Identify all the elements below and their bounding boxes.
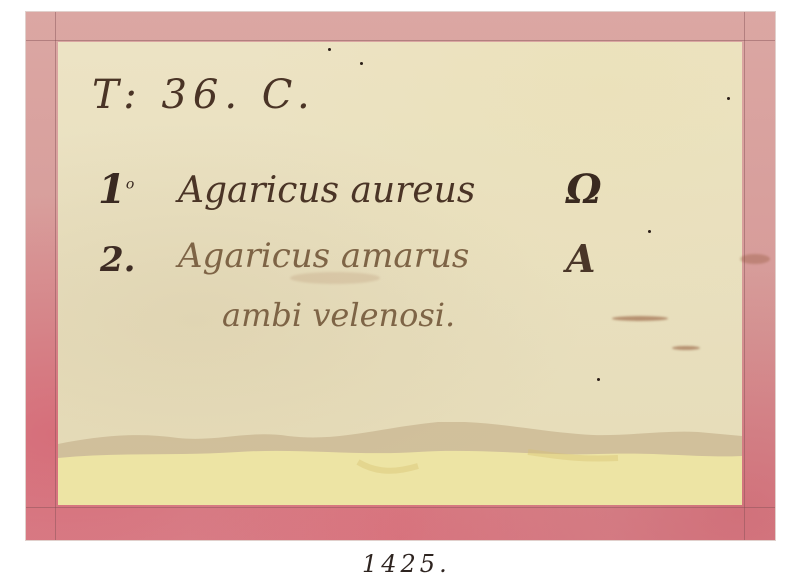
landscape-hills (58, 422, 742, 505)
border-rule-bottom (26, 507, 775, 508)
stain-mark (612, 316, 668, 321)
border-rule-top (26, 40, 775, 41)
ink-speck (727, 97, 730, 100)
ink-speck (648, 230, 651, 233)
catalog-reference: T: 36. C. (92, 72, 316, 118)
entry-number-suffix: o (126, 177, 134, 193)
stain-mark (290, 272, 380, 284)
inventory-number: 1425. (362, 550, 451, 578)
ink-speck (360, 62, 363, 65)
annotation-note: ambi velenosi. (222, 296, 455, 334)
entry-number: 2. (100, 240, 136, 280)
border-rule-left (55, 12, 56, 540)
species-name: Agaricus aureus (178, 170, 475, 211)
entry-number-value: 1 (98, 166, 126, 213)
stain-mark (672, 346, 700, 350)
species-mark-symbol: A (566, 236, 595, 281)
entry-number: 1o (98, 166, 134, 213)
species-mark-symbol: Ω (566, 166, 602, 213)
stain-mark (740, 254, 770, 264)
species-name: Agaricus amarus (178, 236, 469, 276)
ink-speck (597, 378, 600, 381)
ink-speck (328, 48, 331, 51)
border-rule-right (744, 12, 745, 540)
